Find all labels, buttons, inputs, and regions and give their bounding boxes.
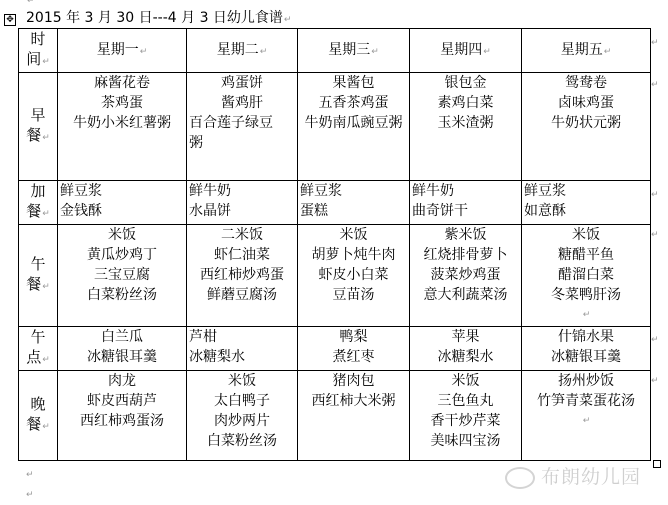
day-header-tuesday: 星期二↵ [187, 29, 298, 73]
paragraph-mark: ↵ [27, 0, 35, 6]
dish: 肉龙 [60, 371, 184, 391]
row-label-1: 加 [21, 181, 55, 201]
day-header-monday: 星期一↵ [58, 29, 187, 73]
dish: 曲奇饼干 [412, 201, 519, 221]
cell-mark: ↵ [42, 209, 50, 219]
menu-cell: 扬州炒饭 竹笋青菜蛋花汤 ↵ [522, 371, 651, 461]
dish: 西红柿炒鸡蛋 [189, 265, 295, 285]
menu-cell: 麻酱花卷 茶鸡蛋 牛奶小米红薯粥 [58, 73, 187, 181]
meal-row-snack: 加 餐↵ 鲜豆浆金钱酥 鲜牛奶水晶饼 鲜豆浆蛋糕 鲜牛奶曲奇饼干 鲜豆浆如意酥 [19, 181, 651, 225]
dish: 如意酥 [524, 201, 648, 221]
dish: 米饭 [60, 225, 184, 245]
dish: 红烧排骨萝卜 [412, 245, 519, 265]
menu-cell: 鲜豆浆金钱酥 [58, 181, 187, 225]
meal-row-dinner: 晚 餐↵ 肉龙 虾皮西葫芦 西红柿鸡蛋汤 米饭 太白鸭子 肉炒两片 白菜粉丝汤 … [19, 371, 651, 461]
dish: 五香茶鸡蛋 [300, 93, 407, 113]
row-end-mark: ↵ [651, 376, 659, 386]
dish: 虾皮西葫芦 [60, 391, 184, 411]
dish: 鲜蘑豆腐汤 [189, 285, 295, 305]
cell-mark: ↵ [42, 355, 50, 365]
menu-cell: 鲜豆浆如意酥 [522, 181, 651, 225]
dish: 鲜牛奶 [412, 181, 519, 201]
cell-mark: ↵ [42, 133, 50, 143]
dish: 醋溜白菜 [524, 265, 648, 285]
time-header-cell: 时 间↵ [19, 29, 58, 73]
dish: 银包金 [412, 73, 519, 93]
menu-cell: 鸳鸯卷 卤味鸡蛋 牛奶状元粥 [522, 73, 651, 181]
day-header-wednesday: 星期三↵ [298, 29, 410, 73]
dish: 什锦水果 [524, 327, 648, 347]
row-end-mark: ↵ [651, 38, 659, 48]
table-resize-handle[interactable] [653, 460, 661, 468]
day-label: 星期五 [561, 42, 603, 58]
menu-cell: 米饭 太白鸭子 肉炒两片 白菜粉丝汤 [187, 371, 298, 461]
dish: 鲜豆浆 [524, 181, 648, 201]
header-row: 时 间↵ 星期一↵ 星期二↵ 星期三↵ 星期四↵ 星期五↵ [19, 29, 651, 73]
watermark-text: 布朗幼儿园 [541, 466, 641, 488]
dish: 竹笋青菜蛋花汤 [524, 391, 648, 411]
watermark: 布朗幼儿园 [505, 462, 641, 489]
dish: 菠菜炒鸡蛋 [412, 265, 519, 285]
dish: 二米饭 [189, 225, 295, 245]
row-label-afternoon-snack: 午 点↵ [19, 327, 58, 371]
row-label-2: 餐 [26, 202, 41, 220]
dish: 蛋糕 [300, 201, 407, 221]
dish: 西红柿鸡蛋汤 [60, 411, 184, 431]
menu-cell: 银包金 素鸡白菜 玉米渣粥 [410, 73, 522, 181]
menu-cell: 白兰瓜冰糖银耳羹 [58, 327, 187, 371]
menu-cell: 米饭 三色鱼丸 香干炒芹菜 美味四宝汤 [410, 371, 522, 461]
dish: 鲜牛奶 [189, 181, 295, 201]
cell-mark: ↵ [371, 47, 379, 57]
dish: 白菜粉丝汤 [60, 285, 184, 305]
dish: 黄瓜炒鸡丁 [60, 245, 184, 265]
menu-cell: 鲜豆浆蛋糕 [298, 181, 410, 225]
menu-cell: 鲜牛奶水晶饼 [187, 181, 298, 225]
menu-cell: 果酱包 五香茶鸡蛋 牛奶南瓜豌豆粥 [298, 73, 410, 181]
menu-cell: 芦柑冰糖梨水 [187, 327, 298, 371]
cell-mark: ↵ [140, 47, 148, 57]
dish: 玉米渣粥 [412, 113, 519, 133]
dish: 意大利蔬菜汤 [424, 285, 508, 305]
menu-cell: 米饭 黄瓜炒鸡丁 三宝豆腐 白菜粉丝汤 [58, 225, 187, 327]
dish: 果酱包 [300, 73, 407, 93]
row-end-mark: ↵ [651, 230, 659, 240]
dish: 酱鸡肝 [189, 93, 295, 113]
menu-cell: 苹果冰糖梨水 [410, 327, 522, 371]
day-label: 星期四 [440, 42, 482, 58]
dish: 美味四宝汤 [412, 431, 519, 451]
dish: 米饭 [524, 225, 648, 245]
dish: 卤味鸡蛋 [524, 93, 648, 113]
dish: 鸳鸯卷 [524, 73, 648, 93]
dish: 牛奶小米红薯粥 [60, 113, 184, 133]
day-header-thursday: 星期四↵ [410, 29, 522, 73]
meal-row-afternoon-snack: 午 点↵ 白兰瓜冰糖银耳羹 芦柑冰糖梨水 鸭梨煮红枣 苹果冰糖梨水 什锦水果冰糖… [19, 327, 651, 371]
dish: 冰糖银耳羹 [524, 347, 648, 367]
dish: 白菜粉丝汤 [189, 431, 295, 451]
menu-cell: 肉龙 虾皮西葫芦 西红柿鸡蛋汤 [58, 371, 187, 461]
dish: 太白鸭子 [189, 391, 295, 411]
dish: 肉炒两片 [189, 411, 295, 431]
dish: 冰糖梨水 [412, 347, 519, 367]
dish: 米饭 [412, 371, 519, 391]
dish: 麻酱花卷 [60, 73, 184, 93]
dish: 香干炒芹菜 [412, 411, 519, 431]
wechat-icon [505, 467, 535, 489]
dish: 鲜豆浆 [60, 181, 184, 201]
dish: 冰糖银耳羹 [60, 347, 184, 367]
row-label-breakfast: 早 餐↵ [19, 73, 58, 181]
table-move-handle-icon[interactable]: ✥ [4, 14, 16, 26]
row-end-mark: ↵ [651, 335, 659, 345]
cell-mark: ↵ [604, 47, 612, 57]
row-end-mark: ↵ [651, 190, 659, 200]
dish: 豆苗汤 [300, 285, 407, 305]
dish: 冰糖梨水 [189, 347, 295, 367]
dish: 米饭 [300, 225, 407, 245]
dish: 三宝豆腐 [60, 265, 184, 285]
row-label-1: 午 [21, 254, 55, 274]
cell-mark: ↵ [525, 411, 648, 431]
dish: 胡萝卜炖牛肉 [300, 245, 407, 265]
day-header-friday: 星期五↵ [522, 29, 651, 73]
menu-cell: 米饭 糖醋平鱼 醋溜白菜 冬菜鸭肝汤 ↵ [522, 225, 651, 327]
dish: 芦柑 [189, 327, 295, 347]
dish: 鸡蛋饼 [189, 73, 295, 93]
menu-cell: 鸡蛋饼 酱鸡肝 百合莲子绿豆粥 [187, 73, 298, 181]
day-label: 星期二 [217, 42, 259, 58]
row-label-2: 餐 [26, 415, 41, 433]
document-title: 2015 年 3 月 30 日---4 月 3 日幼儿食谱↵ [26, 9, 291, 29]
dish: 虾皮小白菜 [300, 265, 407, 285]
dish: 煮红枣 [300, 347, 407, 367]
dish: 紫米饭 [412, 225, 519, 245]
row-end-mark: ↵ [651, 80, 659, 90]
row-label-2: 餐 [26, 126, 41, 144]
cell-mark: ↵ [525, 305, 648, 325]
dish: 三色鱼丸 [412, 391, 519, 411]
row-label-1: 早 [21, 105, 55, 125]
menu-cell: 什锦水果冰糖银耳羹 [522, 327, 651, 371]
day-label: 星期一 [97, 42, 139, 58]
dish: 苹果 [412, 327, 519, 347]
dish: 扬州炒饭 [524, 371, 648, 391]
dish: 白兰瓜 [60, 327, 184, 347]
dish: 猪肉包 [300, 371, 407, 391]
weekly-menu-table: 时 间↵ 星期一↵ 星期二↵ 星期三↵ 星期四↵ 星期五↵ 早 餐↵ 麻酱花卷 … [18, 28, 651, 461]
meal-row-breakfast: 早 餐↵ 麻酱花卷 茶鸡蛋 牛奶小米红薯粥 鸡蛋饼 酱鸡肝 百合莲子绿豆粥 果酱… [19, 73, 651, 181]
menu-cell: 二米饭 虾仁油菜 西红柿炒鸡蛋 鲜蘑豆腐汤 [187, 225, 298, 327]
day-label: 星期三 [328, 42, 370, 58]
meal-row-lunch: 午 餐↵ 米饭 黄瓜炒鸡丁 三宝豆腐 白菜粉丝汤 二米饭 虾仁油菜 西红柿炒鸡蛋… [19, 225, 651, 327]
dish: 冬菜鸭肝汤 [524, 285, 648, 305]
menu-cell: 鲜牛奶曲奇饼干 [410, 181, 522, 225]
paragraph-mark: ↵ [26, 470, 34, 480]
row-label-2: 点 [26, 348, 41, 366]
row-label-snack: 加 餐↵ [19, 181, 58, 225]
cell-mark: ↵ [42, 422, 50, 432]
dish: 茶鸡蛋 [60, 93, 184, 113]
cell-mark: ↵ [483, 47, 491, 57]
title-text: 2015 年 3 月 30 日---4 月 3 日幼儿食谱 [26, 10, 283, 26]
menu-cell: 米饭 胡萝卜炖牛肉 虾皮小白菜 豆苗汤 [298, 225, 410, 327]
dish: 金钱酥 [60, 201, 184, 221]
time-label-2: 间 [26, 50, 41, 68]
dish: 糖醋平鱼 [524, 245, 648, 265]
row-label-1: 晚 [21, 394, 55, 414]
paragraph-mark: ↵ [26, 490, 34, 500]
dish: 西红柿大米粥 [300, 391, 407, 411]
dish: 牛奶南瓜豌豆粥 [304, 113, 404, 133]
row-label-dinner: 晚 餐↵ [19, 371, 58, 461]
cell-mark: ↵ [260, 47, 268, 57]
menu-cell: 鸭梨煮红枣 [298, 327, 410, 371]
row-label-lunch: 午 餐↵ [19, 225, 58, 327]
paragraph-mark: ↵ [284, 15, 292, 25]
cell-mark: ↵ [42, 282, 50, 292]
dish: 水晶饼 [189, 201, 295, 221]
row-label-2: 餐 [26, 275, 41, 293]
cell-mark: ↵ [42, 57, 50, 67]
dish: 百合莲子绿豆粥 [189, 113, 285, 153]
dish: 米饭 [189, 371, 295, 391]
dish: 素鸡白菜 [412, 93, 519, 113]
dish: 鲜豆浆 [300, 181, 407, 201]
menu-cell: 猪肉包 西红柿大米粥 [298, 371, 410, 461]
menu-cell: 紫米饭 红烧排骨萝卜 菠菜炒鸡蛋 意大利蔬菜汤 [410, 225, 522, 327]
dish: 鸭梨 [300, 327, 407, 347]
dish: 虾仁油菜 [189, 245, 295, 265]
row-label-1: 午 [21, 327, 55, 347]
time-label-1: 时 [21, 29, 55, 49]
dish: 牛奶状元粥 [524, 113, 648, 133]
